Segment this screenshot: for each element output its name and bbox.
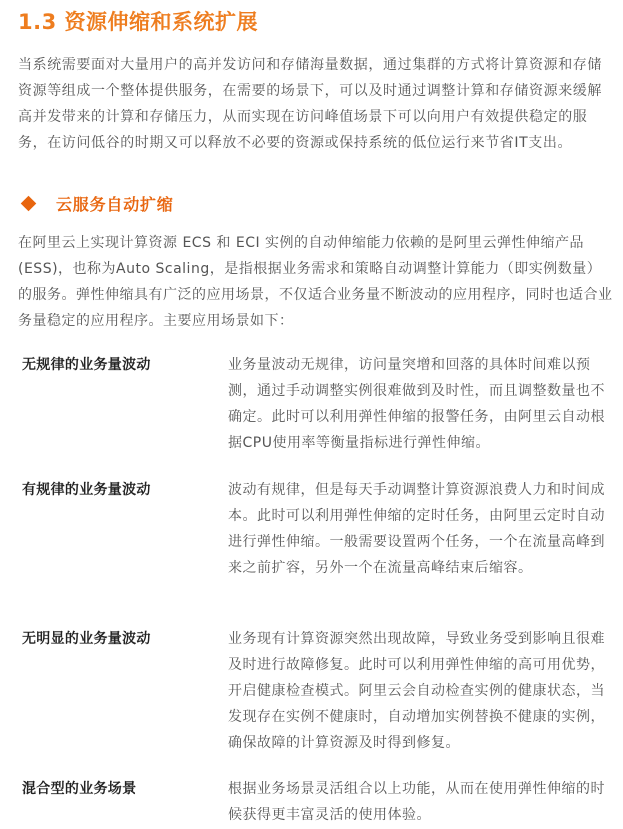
scenario-label: 无规律的业务量波动 [22,354,151,374]
ess-paragraph: 在阿里云上实现计算资源 ECS 和 ECI 实例的自动伸缩能力依赖的是阿里云弹性… [18,230,613,334]
document-page: 1.3 资源伸缩和系统扩展 当系统需要面对大量用户的高并发访问和存储海量数据，通… [0,0,623,829]
subsection-heading: 云服务自动扩缩 [20,192,174,215]
intro-paragraph: 当系统需要面对大量用户的高并发访问和存储海量数据，通过集群的方式将计算资源和存储… [18,52,608,156]
section-title: 1.3 资源伸缩和系统扩展 [18,6,258,36]
scenario-label: 混合型的业务场景 [22,778,136,798]
scenario-description: 业务现有计算资源突然出现故障，导致业务受到影响且很难及时进行故障修复。此时可以利… [228,626,612,756]
scenario-description: 根据业务场景灵活组合以上功能，从而在使用弹性伸缩的时候获得更丰富灵活的使用体验。 [228,776,612,828]
scenario-label: 无明显的业务量波动 [22,628,151,648]
scenario-description: 业务量波动无规律，访问量突增和回落的具体时间难以预测，通过手动调整实例很难做到及… [228,352,612,456]
scenario-description: 波动有规律，但是每天手动调整计算资源浪费人力和时间成本。此时可以利用弹性伸缩的定… [228,477,612,581]
subsection-title: 云服务自动扩缩 [56,192,174,215]
scenario-label: 有规律的业务量波动 [22,479,151,499]
diamond-icon [21,196,37,212]
